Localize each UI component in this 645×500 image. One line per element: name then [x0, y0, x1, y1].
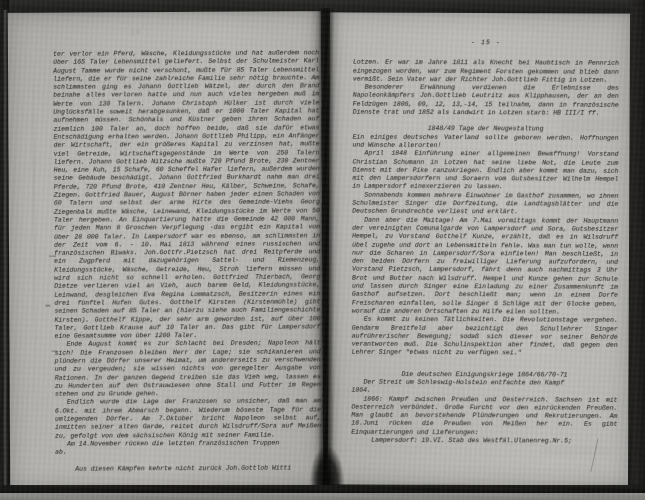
margin-mark	[45, 305, 50, 307]
right-page: - 15 - Lotzen. Er war im Jahre 1811 als …	[328, 12, 630, 485]
paragraph: April 1848 Einführung einer allgemeinen …	[352, 150, 618, 193]
page-number: - 15 -	[353, 38, 619, 47]
paragraph: Besonderer Erwähnung verdienen die Erleb…	[353, 84, 619, 118]
page-crease	[32, 53, 36, 453]
paragraph: Es kommt zu keinen Tätlichkeiten. Die Re…	[352, 316, 618, 359]
paragraph: Ende August kommt es zur Schlacht bei Dr…	[54, 340, 320, 399]
left-page-text: ter verlor ein Pferd, Wäsche, Kleidungss…	[53, 49, 321, 473]
photo-frame-right	[628, 0, 645, 500]
paragraph: Dann aber die Maitage! Am 7.Mai vormitta…	[352, 216, 618, 317]
spine-shadow	[318, 8, 334, 492]
paragraph: ter verlor ein Pferd, Wäsche, Kleidungss…	[53, 49, 321, 341]
paragraph: 1866: Kampf zwischen Preußen und Oesterr…	[351, 395, 617, 438]
right-page-text: - 15 - Lotzen. Er war im Jahre 1811 als …	[351, 38, 619, 446]
table-edge-strip	[0, 493, 645, 500]
left-page-number-faint: - 14 -	[120, 29, 151, 37]
paragraph: Der Streit um Schleswig-Holstein entfach…	[351, 378, 617, 396]
paragraph: Lampersdorf: 19.VI. Stab des Westfäl.Ula…	[351, 437, 617, 446]
paragraph: Lotzen. Er war im Jahre 1811 als Knecht …	[353, 59, 619, 85]
paragraph: Aus diesen Kämpfen kehrte nicht zurück J…	[55, 464, 321, 474]
paragraph: Endlich wurde die Lage der Franzosen so …	[55, 398, 321, 441]
paragraph: Ein einiges deutsches Vaterland sollte g…	[352, 133, 618, 151]
paragraph: Sonnabends kommen mehrere Einwohner im G…	[352, 191, 618, 217]
paragraph: Am 14.November rücken die letzten franzö…	[55, 439, 321, 457]
left-page: - 14 - ter verlor ein Pferd, Wäsche, Kle…	[8, 11, 323, 489]
